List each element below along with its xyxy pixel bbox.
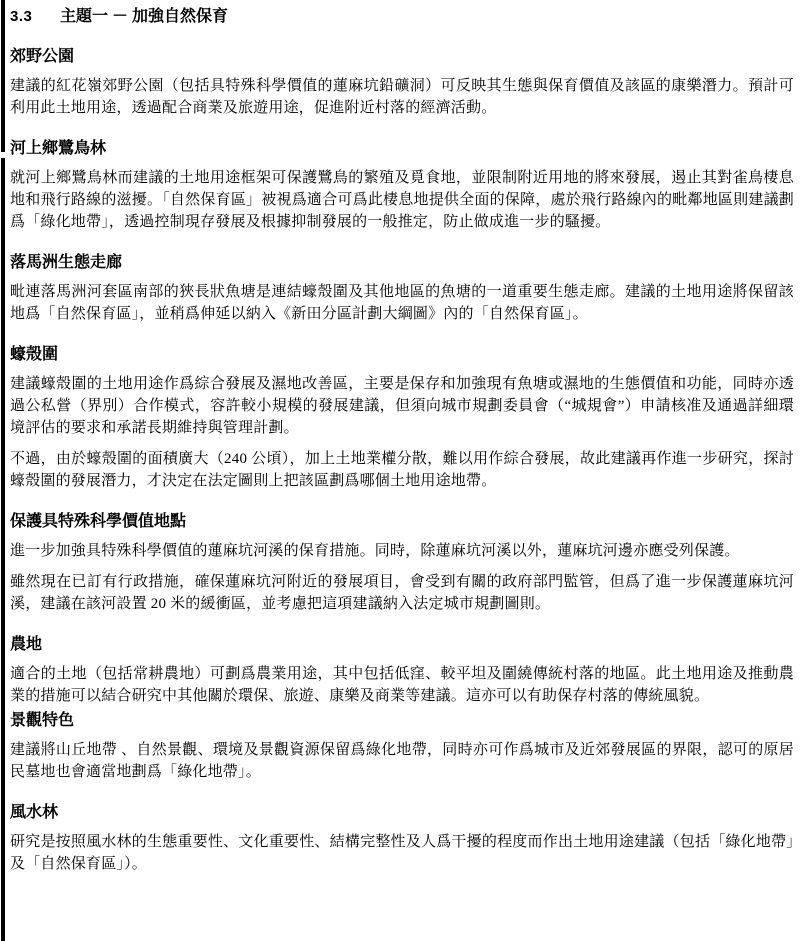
section-agricultural-land: 農地 適合的土地（包括常耕農地）可劃爲農業用途，其中包括低窪、較平坦及圍繞傳統村…: [10, 636, 794, 707]
revision-bar-top: [1, 0, 5, 152]
section-heading: 保護具特殊科學價值地點: [10, 513, 794, 531]
section-header: 3.3主題一 － 加強自然保育: [10, 5, 794, 27]
section-oyster-field: 蠔殼圍 建議蠔殼圍的土地用途作爲綜合發展及濕地改善區，主要是保存和加強現有魚塘或…: [10, 346, 794, 492]
section-heading: 河上鄉鷺鳥林: [10, 140, 794, 158]
revision-bar-bottom: [1, 158, 5, 941]
section-country-park: 郊野公園 建議的紅花嶺郊野公園（包括具特殊科學價值的蓮麻坑鉛礦洞）可反映其生態與…: [10, 48, 794, 119]
section-paragraph: 就河上鄉鷺鳥林而建議的土地用途框架可保護鷺鳥的繁殖及覓食地，並限制附近用地的將來…: [10, 167, 794, 233]
section-heading: 蠔殼圍: [10, 346, 794, 364]
section-paragraph: 研究是按照風水林的生態重要性、文化重要性、結構完整性及人爲干擾的程度而作出土地用…: [10, 831, 794, 875]
section-heading: 郊野公園: [10, 48, 794, 66]
section-sssi-protection: 保護具特殊科學價值地點 進一步加強具特殊科學價值的蓮麻坑河溪的保育措施。同時，除…: [10, 513, 794, 615]
document-content: 3.3主題一 － 加強自然保育 郊野公園 建議的紅花嶺郊野公園（包括具特殊科學價…: [0, 0, 800, 875]
section-paragraph: 雖然現在已訂有行政措施，確保蓮麻坑河附近的發展項目，會受到有關的政府部門監管，但…: [10, 571, 794, 615]
section-ecological-corridor: 落馬洲生態走廊 毗連落馬洲河套區南部的狹長狀魚塘是連結蠔殼圍及其他地區的魚塘的一…: [10, 254, 794, 325]
section-landscape-features: 景觀特色 建議將山丘地帶 、自然景觀、環境及景觀資源保留爲綠化地帶，同時亦可作爲…: [10, 712, 794, 783]
section-egretry: 河上鄉鷺鳥林 就河上鄉鷺鳥林而建議的土地用途框架可保護鷺鳥的繁殖及覓食地，並限制…: [10, 140, 794, 233]
section-heading: 農地: [10, 636, 794, 654]
document-page: 3.3主題一 － 加強自然保育 郊野公園 建議的紅花嶺郊野公園（包括具特殊科學價…: [0, 0, 800, 941]
section-paragraph: 建議的紅花嶺郊野公園（包括具特殊科學價值的蓮麻坑鉛礦洞）可反映其生態與保育價值及…: [10, 75, 794, 119]
section-heading: 景觀特色: [10, 712, 794, 730]
section-paragraph: 建議將山丘地帶 、自然景觀、環境及景觀資源保留爲綠化地帶，同時亦可作爲城市及近郊…: [10, 739, 794, 783]
section-heading: 落馬洲生態走廊: [10, 254, 794, 272]
section-paragraph: 進一步加強具特殊科學價值的蓮麻坑河溪的保育措施。同時，除蓮麻坑河溪以外，蓮麻坑河…: [10, 540, 794, 562]
section-paragraph: 不過，由於蠔殼圍的面積廣大（240 公頃），加上土地業權分散，難以用作綜合發展，…: [10, 448, 794, 492]
section-paragraph: 毗連落馬洲河套區南部的狹長狀魚塘是連結蠔殼圍及其他地區的魚塘的一道重要生態走廊。…: [10, 281, 794, 325]
section-paragraph: 適合的土地（包括常耕農地）可劃爲農業用途，其中包括低窪、較平坦及圍繞傳統村落的地…: [10, 663, 794, 707]
section-heading: 風水林: [10, 804, 794, 822]
page-title: 主題一 － 加強自然保育: [60, 8, 228, 25]
section-number: 3.3: [10, 7, 60, 27]
section-paragraph: 建議蠔殼圍的土地用途作爲綜合發展及濕地改善區，主要是保存和加強現有魚塘或濕地的生…: [10, 373, 794, 439]
section-fung-shui-woodland: 風水林 研究是按照風水林的生態重要性、文化重要性、結構完整性及人爲干擾的程度而作…: [10, 804, 794, 875]
